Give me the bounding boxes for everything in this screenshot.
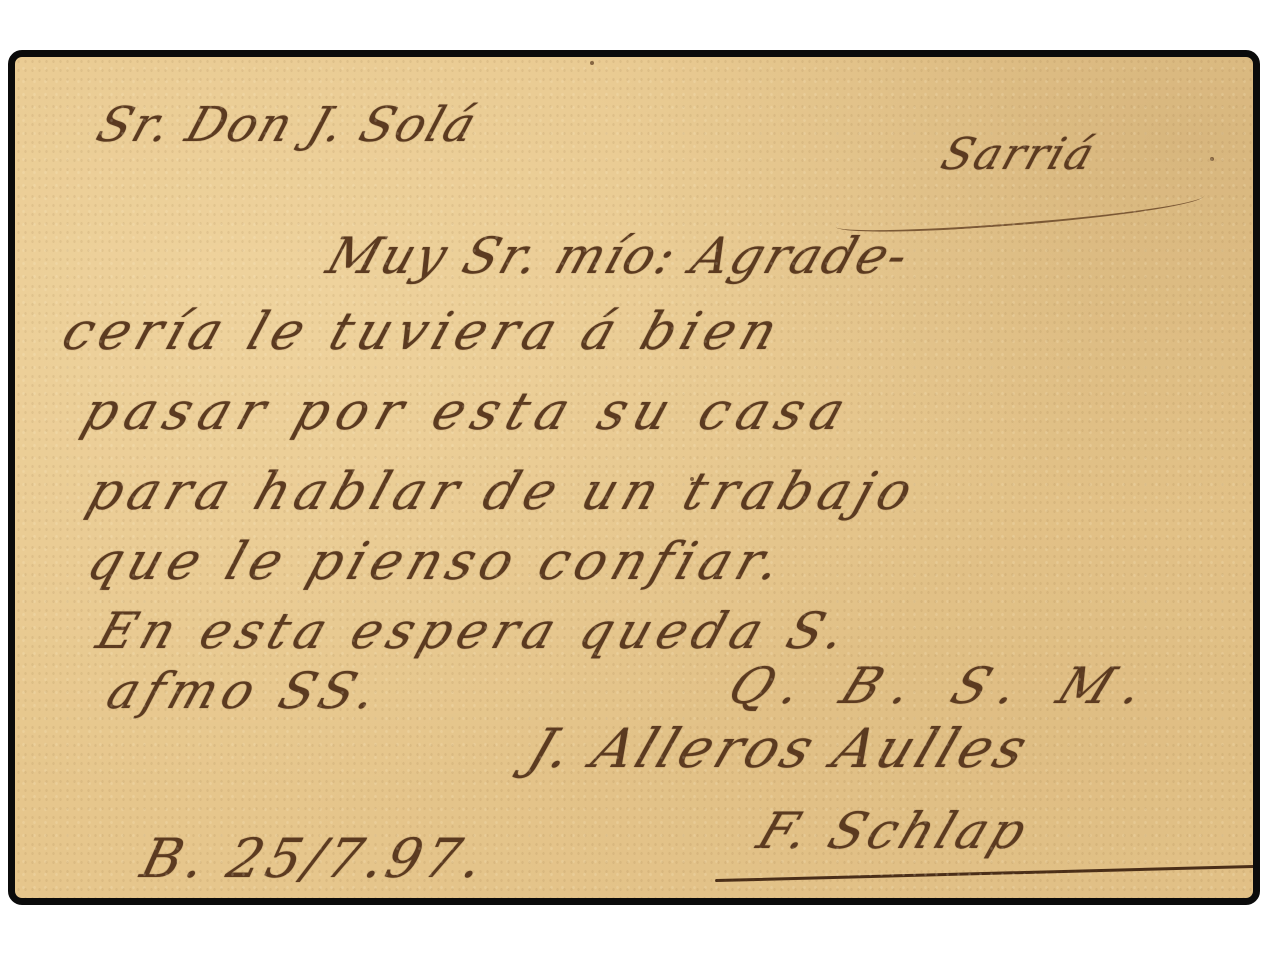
ink-speck [690,477,694,481]
body-line-1: Muy Sr. mío: Agrade- [320,227,917,285]
body-line-3: pasar por esta su casa [75,382,860,442]
place-line: Sarriá [935,129,1102,180]
postcard: Sr. Don J. Solá Sarriá Muy Sr. mío: Agra… [8,50,1260,905]
ink-speck [1210,157,1214,161]
signature-secondary: F. Schlap [750,802,1038,860]
body-line-7: afmo SS. [100,662,390,720]
date-line: B. 25/7.97. [135,827,493,890]
body-line-4: para hablar de un trabajo [80,462,926,522]
ink-speck [590,61,594,65]
signature-primary: J. Alleros Aulles [520,717,1039,780]
body-line-6: En esta espera queda S. [90,602,859,660]
body-line-5: que le pienso confiar. [80,532,795,592]
signature-underline [715,865,1255,882]
closing-formula: Q. B. S. M. [720,657,1168,715]
addressee-line: Sr. Don J. Solá [90,97,485,153]
body-line-2: cería le tuviera á bien [55,302,791,362]
